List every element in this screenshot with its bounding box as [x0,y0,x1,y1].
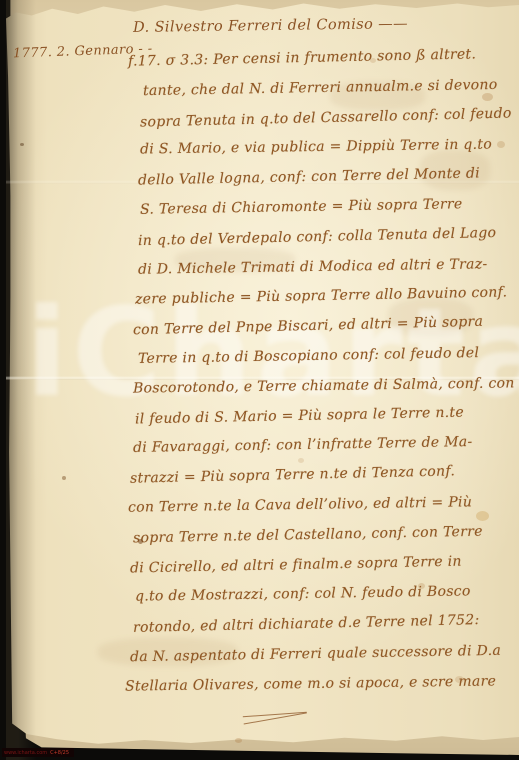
watermark-site-text: www.icharta.com [4,750,47,756]
manuscript-photo: { "document": { "title": "D. Silvestro F… [0,0,519,760]
watermark-code-text: C+8/25 [50,750,69,756]
icharta-watermark-bar: www.icharta.com C+8/25 [2,748,74,757]
